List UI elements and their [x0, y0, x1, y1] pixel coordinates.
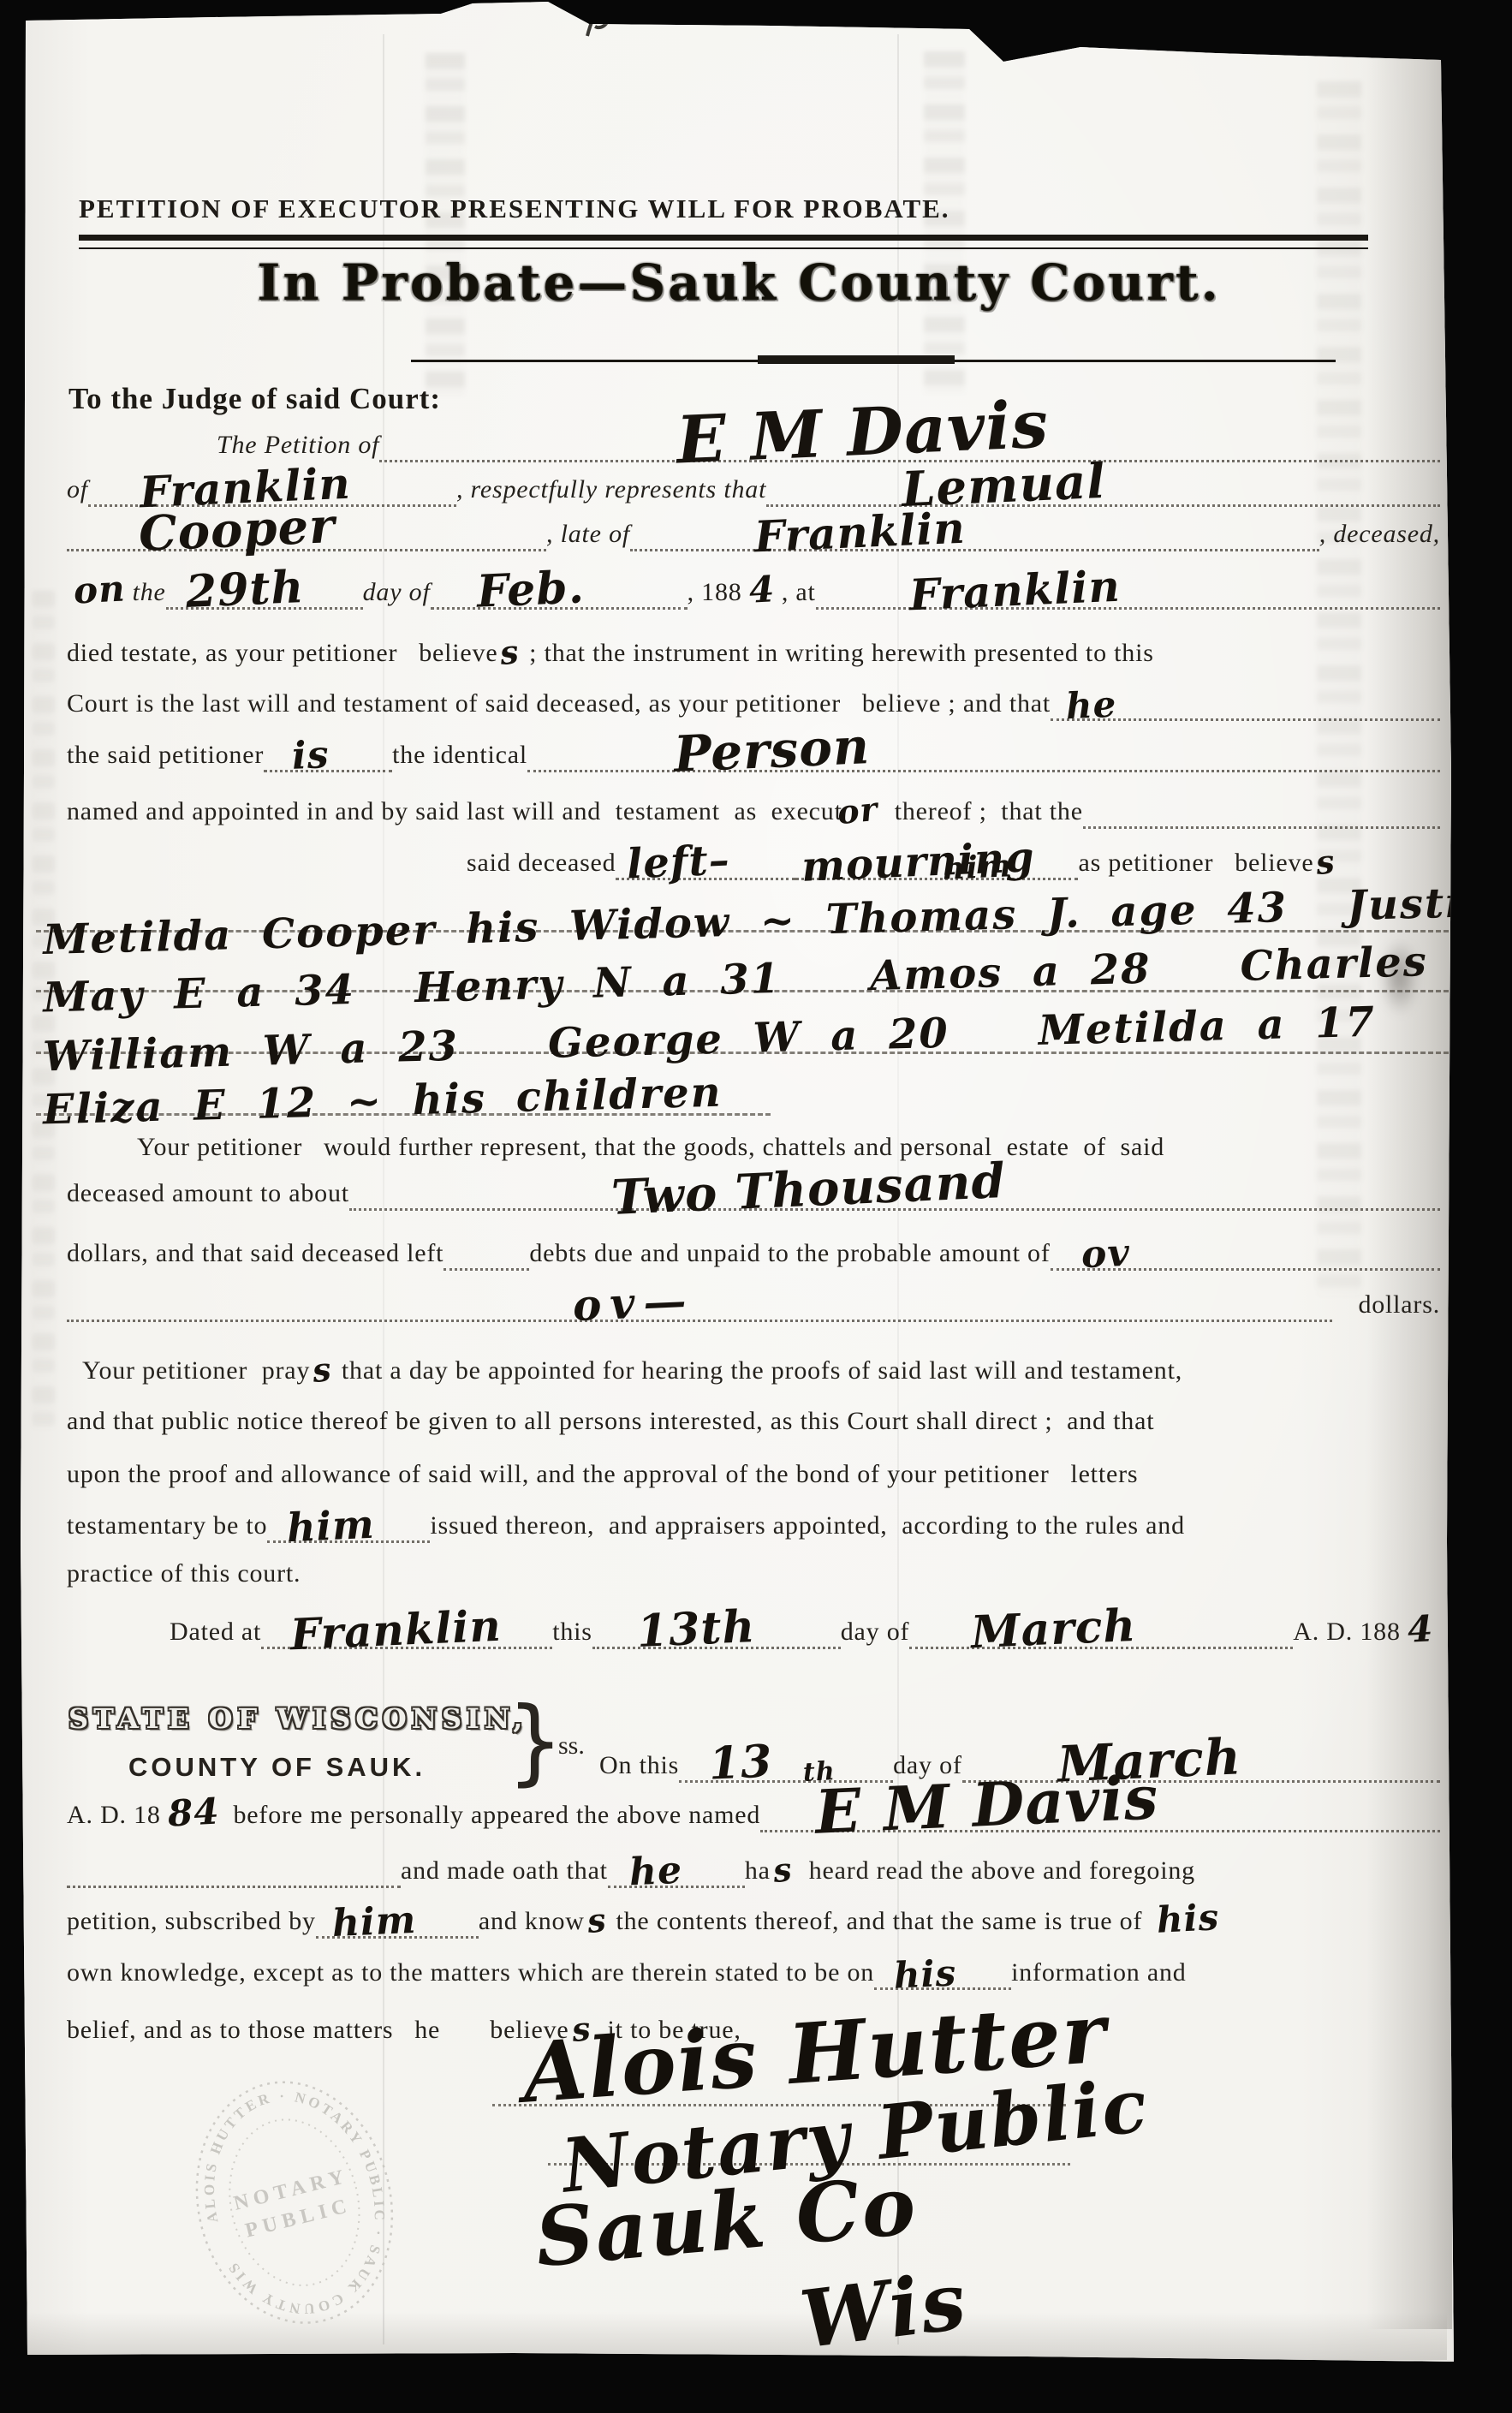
- handwritten-dated-year-digit: 4: [1407, 1611, 1434, 1648]
- fill-line: he: [1051, 712, 1440, 721]
- signature-state: Wis: [796, 2261, 971, 2359]
- handwritten-ov: ov: [1080, 1235, 1131, 1274]
- fill-line: E M Davis: [760, 1823, 1440, 1832]
- handwritten-late-of: Franklin: [753, 507, 967, 559]
- header-rule-thick: [79, 235, 1368, 241]
- printed-text: , deceased,: [1319, 517, 1440, 551]
- handwritten-day: 29th: [185, 565, 305, 615]
- handwritten-s: s: [586, 1904, 608, 1938]
- printed-text: practice of this court.: [67, 1557, 301, 1591]
- handwritten-dated-place: Franklin: [289, 1605, 503, 1657]
- form-line: petition, subscribed by him and knows th…: [67, 1899, 1440, 1939]
- handwritten-heirs: Eliza E 12 ~ his children: [43, 1072, 723, 1131]
- printed-text: A. D. 188: [1293, 1615, 1401, 1649]
- handwritten-ov: ov—: [572, 1279, 695, 1327]
- printed-text: ; that the instrument in writing herewit…: [522, 636, 1154, 670]
- printed-text: the identical: [392, 738, 527, 772]
- form-line-petition-of: The Petition of E M Davis: [67, 428, 1440, 462]
- form-line: upon the proof and allowance of said wil…: [67, 1457, 1440, 1492]
- form-line: Your petitioner would further represent,…: [67, 1130, 1440, 1165]
- form-line: Court is the last will and testament of …: [67, 687, 1440, 721]
- handwritten-person: Person: [672, 721, 870, 779]
- handwritten-or: or: [836, 793, 879, 830]
- fill-line: Person: [527, 763, 1440, 772]
- fill-line: Franklin: [816, 600, 1440, 610]
- svg-text:ALOIS HUTTER · NOTARY PUBLIC: ALOIS HUTTER · NOTARY PUBLIC · SAUK COUN…: [177, 2068, 411, 2337]
- printed-text: and that public notice thereof be given …: [67, 1404, 1154, 1439]
- form-line: own knowledge, except as to the matters …: [67, 1956, 1440, 1990]
- fill-line: Franklin: [630, 542, 1319, 551]
- seal-ring-text: ALOIS HUTTER · NOTARY PUBLIC · SAUK COUN…: [177, 2068, 411, 2337]
- venue-ss-label: ss.: [558, 1731, 585, 1761]
- form-line: testamentary be to him issued thereon, a…: [67, 1509, 1440, 1543]
- fill-line: [67, 1879, 401, 1888]
- printed-text: , at: [782, 575, 816, 610]
- form-line-death-date: on the 29th day of Feb. , 188 4 , at Fra…: [67, 570, 1440, 610]
- form-line: practice of this court.: [67, 1557, 1440, 1591]
- printed-text: testamentary be to: [67, 1509, 267, 1543]
- printed-text: died testate, as your petitioner believe: [67, 636, 497, 670]
- printed-text: ha: [745, 1854, 771, 1888]
- printed-text: , late of: [546, 517, 630, 551]
- printed-text: this: [552, 1615, 592, 1649]
- fill-line: [443, 1261, 529, 1271]
- fill-line: is: [264, 763, 392, 772]
- handwritten-him: him: [286, 1504, 376, 1547]
- fill-line: ov: [1051, 1261, 1440, 1271]
- printed-text: the contents thereof, and that the same …: [609, 1904, 1149, 1939]
- handwritten-him: him: [331, 1902, 417, 1943]
- fill-line: Franklin: [261, 1640, 552, 1649]
- printed-text: On this: [599, 1749, 679, 1783]
- printed-text: upon the proof and allowance of said wil…: [67, 1457, 1138, 1492]
- form-line-dated: Dated at Franklin this 13th day of March…: [67, 1610, 1440, 1649]
- handwritten-he: he: [628, 1852, 683, 1892]
- handwritten-year: 84: [167, 1793, 221, 1832]
- fill-line: him: [316, 1929, 479, 1939]
- form-line: died testate, as your petitioner believe…: [67, 634, 1440, 670]
- printed-text: Dated at: [170, 1615, 261, 1649]
- fill-line: March: [909, 1640, 1293, 1649]
- handwritten-dated-day: 13th: [636, 1605, 756, 1654]
- printed-text: that a day be appointed for hearing the …: [335, 1354, 1182, 1388]
- fill-line: 29th: [166, 600, 363, 610]
- form-title: PETITION OF EXECUTOR PRESENTING WILL FOR…: [79, 194, 950, 224]
- printed-text: dollars, and that said deceased left: [67, 1236, 443, 1271]
- handwritten-estate-amount: Two Thousand: [610, 1157, 1007, 1222]
- handwritten-s: s: [771, 1853, 794, 1887]
- printed-text: belief, and as to those matters he belie…: [67, 2013, 569, 2047]
- form-line: the said petitioner is the identical Per…: [67, 738, 1440, 772]
- court-title: In Probate—Sauk County Court.: [103, 253, 1375, 312]
- printed-text: dollars.: [1332, 1288, 1440, 1322]
- bleedthrough-ghost: [426, 53, 465, 396]
- printed-text: , respectfully represents that: [456, 473, 766, 507]
- form-line: ov— dollars.: [67, 1288, 1440, 1322]
- printed-text: petition, subscribed by: [67, 1904, 316, 1939]
- printed-text: The Petition of: [217, 428, 379, 462]
- fill-line: him: [267, 1534, 430, 1543]
- printed-text: of: [67, 473, 88, 507]
- heirs-line-3: William W a 23 George W a 20 Metilda a 1…: [36, 995, 1449, 1054]
- handwritten-his: his: [893, 1955, 957, 1993]
- handwritten-deceased-surname: Cooper: [138, 502, 336, 558]
- printed-text: deceased amount to about: [67, 1177, 349, 1211]
- salutation: To the Judge of said Court:: [68, 382, 441, 416]
- venue-brace: }: [507, 1686, 563, 1796]
- handwritten-death-place: Franklin: [908, 565, 1122, 617]
- handwritten-year-digit: 4: [747, 571, 775, 609]
- heirs-line-4: Eliza E 12 ~ his children: [36, 1057, 771, 1116]
- fill-line: ov—: [67, 1313, 1332, 1322]
- venue-county: COUNTY OF SAUK.: [128, 1752, 426, 1783]
- handwritten-s: s: [311, 1353, 333, 1387]
- fill-line: Cooper: [67, 542, 546, 551]
- fill-line: his: [874, 1981, 1011, 1990]
- handwritten-oath-day: 13: [708, 1739, 774, 1786]
- printed-text: debts due and unpaid to the probable amo…: [529, 1236, 1050, 1271]
- printed-text: own knowledge, except as to the matters …: [67, 1956, 874, 1990]
- heirs-line-1: Metilda Cooper his Widow ~ Thomas J. age…: [36, 873, 1449, 932]
- fill-line: Feb.: [431, 600, 688, 610]
- printed-text: , 188: [688, 575, 742, 610]
- handwritten-his: his: [1156, 1899, 1220, 1939]
- printed-text: and know: [479, 1904, 585, 1939]
- fill-line: he: [608, 1879, 745, 1888]
- fill-line: 13th: [592, 1640, 841, 1649]
- heirs-line-2: May E a 34 Henry N a 31 Amos a 28 Charle…: [36, 933, 1449, 992]
- printed-text: heard read the above and foregoing: [795, 1854, 1195, 1888]
- form-line: named and appointed in and by said last …: [67, 792, 1440, 829]
- fill-line: Two Thousand: [349, 1201, 1440, 1211]
- printed-text: day of: [841, 1615, 910, 1649]
- handwritten-on: on: [73, 570, 127, 609]
- form-line: Your petitioner prays that a day be appo…: [67, 1351, 1440, 1388]
- printed-text: before me personally appeared the above …: [226, 1798, 760, 1832]
- printed-text: Your petitioner would further represent,…: [137, 1130, 1164, 1165]
- handwritten-dated-month: March: [970, 1604, 1137, 1655]
- printed-text: Your petitioner pray: [82, 1354, 310, 1388]
- printed-text: the said petitioner: [67, 738, 264, 772]
- document-paper: PETITION OF EXECUTOR PRESENTING WILL FOR…: [0, 0, 1512, 2413]
- fill-line: [1083, 819, 1440, 829]
- printed-text: the: [133, 575, 166, 610]
- printed-text: A. D. 18: [67, 1798, 161, 1832]
- venue-state: STATE OF WISCONSIN,: [68, 1702, 527, 1735]
- scanner-background: { "header": { "form_title": "PETITION OF…: [0, 0, 1512, 2413]
- printed-text: and made oath that: [401, 1854, 608, 1888]
- printed-text: named and appointed in and by said last …: [67, 795, 842, 829]
- handwritten-s: s: [499, 635, 521, 670]
- fill-line: Lemual: [766, 497, 1440, 507]
- title-rule-thick: [758, 355, 955, 364]
- stray-ink-mark: [579, 0, 622, 39]
- form-line: deceased amount to about Two Thousand: [67, 1177, 1440, 1211]
- handwritten-he: he: [1065, 687, 1117, 725]
- form-line: A. D. 1884 before me personally appeared…: [67, 1793, 1440, 1832]
- notary-seal: ALOIS HUTTER · NOTARY PUBLIC · SAUK COUN…: [162, 2051, 429, 2355]
- form-line-deceased: Cooper , late of Franklin , deceased,: [67, 517, 1440, 551]
- form-line: and that public notice thereof be given …: [67, 1404, 1440, 1439]
- handwritten-is: is: [291, 736, 330, 776]
- handwritten-month: Feb.: [476, 565, 586, 614]
- printed-text: thereof ; that the: [880, 795, 1083, 829]
- printed-text: Court is the last will and testament of …: [67, 687, 1051, 721]
- form-line: dollars, and that said deceased left deb…: [67, 1236, 1440, 1271]
- printed-text: day of: [363, 575, 431, 610]
- printed-text: issued thereon, and appraisers appointed…: [430, 1509, 1185, 1543]
- handwritten-appeared-name: E M Davis: [813, 1767, 1159, 1842]
- header-rule-thin: [79, 247, 1368, 249]
- form-line: and made oath that he has heard read the…: [67, 1851, 1440, 1888]
